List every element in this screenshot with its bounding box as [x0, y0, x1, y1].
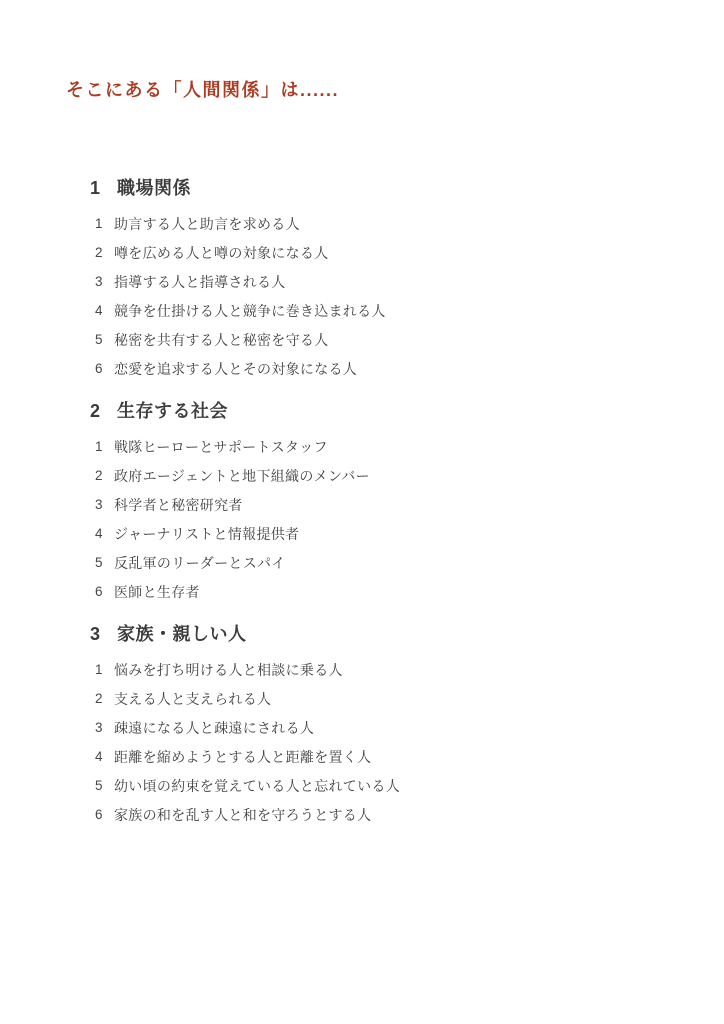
- list-item: 1 悩みを打ち明ける人と相談に乗る人: [90, 660, 684, 680]
- section-number: 3: [90, 622, 117, 646]
- list-item: 1 戦隊ヒーローとサポートスタッフ: [90, 437, 684, 457]
- item-label: 支える人と支えられる人: [114, 689, 271, 709]
- item-number: 4: [95, 524, 114, 544]
- item-number: 4: [95, 747, 114, 767]
- item-number: 5: [95, 776, 114, 796]
- item-label: 指導する人と指導される人: [114, 272, 286, 292]
- section-family: 3 家族・親しい人 1 悩みを打ち明ける人と相談に乗る人 2 支える人と支えられ…: [90, 622, 684, 825]
- item-number: 6: [95, 805, 114, 825]
- item-label: 疎遠になる人と疎遠にされる人: [114, 718, 314, 738]
- section-heading: 3 家族・親しい人: [90, 622, 684, 646]
- item-label: 噂を広める人と噂の対象になる人: [114, 243, 329, 263]
- list-item: 2 政府エージェントと地下組織のメンバー: [90, 466, 684, 486]
- list-item: 5 秘密を共有する人と秘密を守る人: [90, 330, 684, 350]
- item-label: 反乱軍のリーダーとスパイ: [114, 553, 286, 573]
- item-number: 3: [95, 495, 114, 515]
- item-label: 競争を仕掛ける人と競争に巻き込まれる人: [114, 301, 386, 321]
- list-item: 1 助言する人と助言を求める人: [90, 214, 684, 234]
- section-title: 生存する社会: [117, 399, 228, 423]
- list-item: 2 噂を広める人と噂の対象になる人: [90, 243, 684, 263]
- list-item: 6 医師と生存者: [90, 582, 684, 602]
- list-item: 4 ジャーナリストと情報提供者: [90, 524, 684, 544]
- item-number: 3: [95, 718, 114, 738]
- section-workplace: 1 職場関係 1 助言する人と助言を求める人 2 噂を広める人と噂の対象になる人…: [90, 176, 684, 379]
- item-number: 2: [95, 466, 114, 486]
- section-number: 1: [90, 176, 117, 200]
- item-label: 政府エージェントと地下組織のメンバー: [114, 466, 370, 486]
- section-heading: 2 生存する社会: [90, 399, 684, 423]
- list-item: 3 疎遠になる人と疎遠にされる人: [90, 718, 684, 738]
- item-label: 幼い頃の約束を覚えている人と忘れている人: [114, 776, 400, 796]
- item-number: 1: [95, 660, 114, 680]
- item-number: 1: [95, 437, 114, 457]
- item-label: 科学者と秘密研究者: [114, 495, 243, 515]
- item-number: 2: [95, 243, 114, 263]
- item-number: 3: [95, 272, 114, 292]
- section-society: 2 生存する社会 1 戦隊ヒーローとサポートスタッフ 2 政府エージェントと地下…: [90, 399, 684, 602]
- item-label: 医師と生存者: [114, 582, 200, 602]
- item-number: 6: [95, 359, 114, 379]
- section-title: 家族・親しい人: [117, 622, 247, 646]
- item-label: 戦隊ヒーローとサポートスタッフ: [114, 437, 328, 457]
- item-label: ジャーナリストと情報提供者: [114, 524, 299, 544]
- item-label: 家族の和を乱す人と和を守ろうとする人: [114, 805, 371, 825]
- list-item: 5 幼い頃の約束を覚えている人と忘れている人: [90, 776, 684, 796]
- list-item: 3 指導する人と指導される人: [90, 272, 684, 292]
- item-number: 1: [95, 214, 114, 234]
- page-title: そこにある「人間関係」は......: [66, 78, 684, 102]
- item-label: 恋愛を追求する人とその対象になる人: [114, 359, 357, 379]
- sections-container: 1 職場関係 1 助言する人と助言を求める人 2 噂を広める人と噂の対象になる人…: [90, 176, 684, 825]
- list-item: 4 競争を仕掛ける人と競争に巻き込まれる人: [90, 301, 684, 321]
- item-label: 助言する人と助言を求める人: [114, 214, 300, 234]
- item-number: 5: [95, 330, 114, 350]
- document-page: そこにある「人間関係」は...... 1 職場関係 1 助言する人と助言を求める…: [0, 0, 724, 1024]
- list-item: 5 反乱軍のリーダーとスパイ: [90, 553, 684, 573]
- item-number: 5: [95, 553, 114, 573]
- list-item: 2 支える人と支えられる人: [90, 689, 684, 709]
- item-label: 秘密を共有する人と秘密を守る人: [114, 330, 329, 350]
- item-number: 6: [95, 582, 114, 602]
- list-item: 3 科学者と秘密研究者: [90, 495, 684, 515]
- item-label: 距離を縮めようとする人と距離を置く人: [114, 747, 371, 767]
- list-item: 6 恋愛を追求する人とその対象になる人: [90, 359, 684, 379]
- item-number: 2: [95, 689, 114, 709]
- list-item: 4 距離を縮めようとする人と距離を置く人: [90, 747, 684, 767]
- item-label: 悩みを打ち明ける人と相談に乗る人: [114, 660, 343, 680]
- list-item: 6 家族の和を乱す人と和を守ろうとする人: [90, 805, 684, 825]
- section-number: 2: [90, 399, 117, 423]
- item-number: 4: [95, 301, 114, 321]
- section-heading: 1 職場関係: [90, 176, 684, 200]
- section-title: 職場関係: [117, 176, 191, 200]
